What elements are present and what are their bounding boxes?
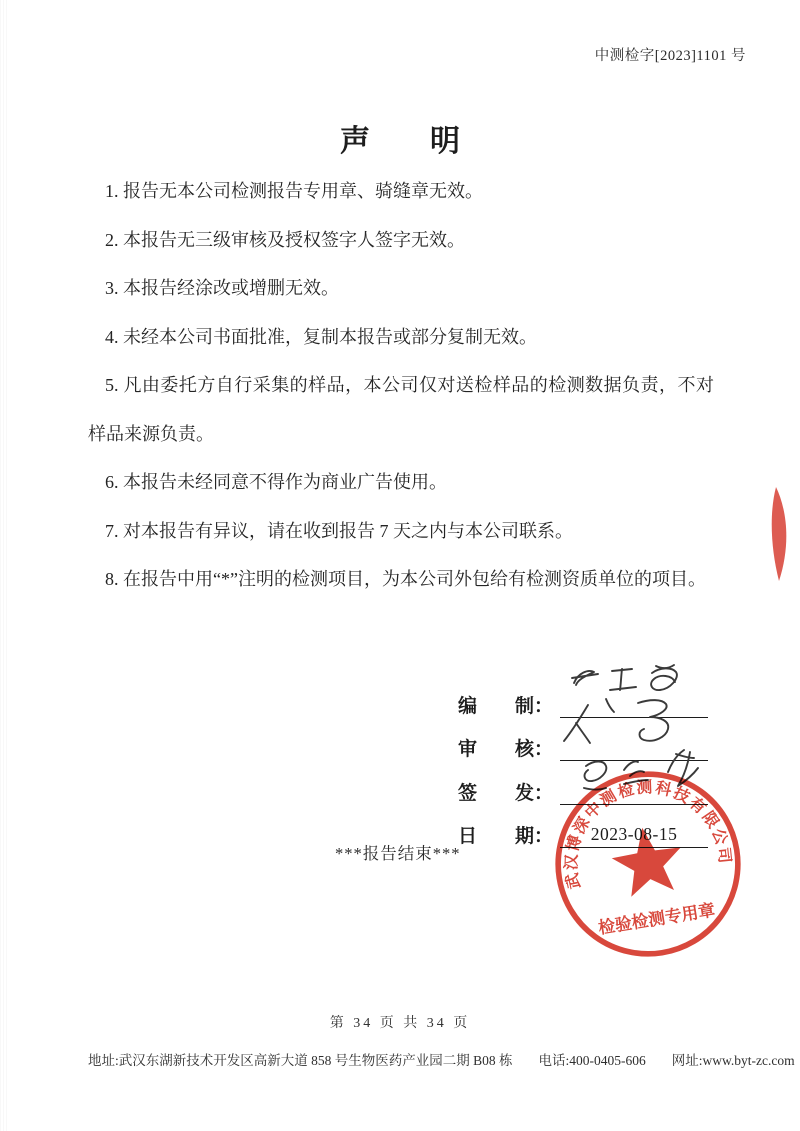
item-number: 6. <box>105 472 119 492</box>
statement-item: 3. 本报告经涂改或增删无效。 <box>88 264 714 313</box>
signoff-row-prepared: 编 制： <box>458 674 713 718</box>
prepared-by-label: 编 制： <box>458 697 553 718</box>
footer-phone: 电话:400-0405-606 <box>539 1053 646 1068</box>
item-text: 报告无本公司检测报告专用章、骑缝章无效。 <box>123 181 483 201</box>
statement-item: 7. 对本报告有异议，请在收到报告 7 天之内与本公司联系。 <box>88 507 714 556</box>
item-text: 未经本公司书面批准，复制本报告或部分复制无效。 <box>123 327 537 347</box>
report-ref-number: 中测检字[2023]1101 号 <box>595 44 746 65</box>
page-title: 声 明 <box>0 116 800 160</box>
seam-stamp-fragment <box>768 486 796 582</box>
statement-item: 1. 报告无本公司检测报告专用章、骑缝章无效。 <box>88 167 714 216</box>
item-number: 1. <box>105 181 119 201</box>
item-text: 凡由委托方自行采集的样品，本公司仅对送检样品的检测数据负责，不对样品来源负责。 <box>88 375 714 444</box>
scan-edge-artifact <box>0 0 7 1131</box>
item-text: 在报告中用“*”注明的检测项目，为本公司外包给有检测资质单位的项目。 <box>123 569 706 589</box>
item-text: 本报告经涂改或增删无效。 <box>123 278 339 298</box>
footer-address: 地址:武汉东湖新技术开发区高新大道 858 号生物医药产业园二期 B08 栋 <box>88 1053 513 1068</box>
reviewed-by-label: 审 核： <box>458 740 553 761</box>
item-number: 7. <box>105 521 119 541</box>
item-number: 3. <box>105 278 119 298</box>
company-seal-stamp: 武汉博深中测检测科技有限公司 检验检测专用章 <box>536 752 760 976</box>
seal-caption: 检验检测专用章 <box>597 899 717 937</box>
prepared-by-signature-line <box>560 674 708 718</box>
footer-website: 网址:www.byt-zc.com <box>672 1053 795 1068</box>
statement-item: 6. 本报告未经同意不得作为商业广告使用。 <box>88 458 714 507</box>
item-number: 4. <box>105 327 119 347</box>
item-number: 5. <box>105 375 119 395</box>
item-text: 本报告未经同意不得作为商业广告使用。 <box>123 472 447 492</box>
footer-contact-line: 地址:武汉东湖新技术开发区高新大道 858 号生物医药产业园二期 B08 栋电话… <box>88 1049 728 1069</box>
statement-page: 中测检字[2023]1101 号 声 明 1. 报告无本公司检测报告专用章、骑缝… <box>0 0 800 1131</box>
item-text: 本报告无三级审核及授权签字人签字无效。 <box>123 230 465 250</box>
statement-item: 8. 在报告中用“*”注明的检测项目，为本公司外包给有检测资质单位的项目。 <box>88 555 714 604</box>
report-end-marker: ***报告结束*** <box>335 840 461 864</box>
reviewed-by-signature-line <box>560 718 708 762</box>
signoff-row-reviewed: 审 核： <box>458 718 713 762</box>
statement-item: 2. 本报告无三级审核及授权签字人签字无效。 <box>88 216 714 265</box>
item-text: 对本报告有异议，请在收到报告 7 天之内与本公司联系。 <box>123 521 573 541</box>
item-number: 8. <box>105 569 119 589</box>
page-number: 第 34 页 共 34 页 <box>0 1012 800 1032</box>
statement-item: 5. 凡由委托方自行采集的样品，本公司仅对送检样品的检测数据负责，不对样品来源负… <box>88 361 714 458</box>
item-number: 2. <box>105 230 119 250</box>
statement-list: 1. 报告无本公司检测报告专用章、骑缝章无效。 2. 本报告无三级审核及授权签字… <box>88 167 714 604</box>
date-label: 日 期： <box>458 827 553 848</box>
seal-star-icon <box>608 822 687 899</box>
statement-item: 4. 未经本公司书面批准，复制本报告或部分复制无效。 <box>88 313 714 362</box>
